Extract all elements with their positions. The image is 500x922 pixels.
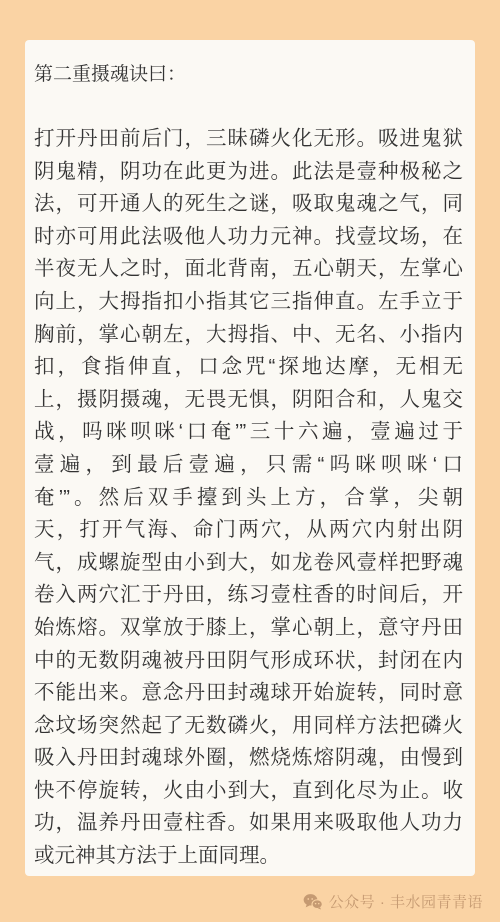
body-line: 中的无数阴魂被丹田阴气形成环状，封闭在内	[34, 645, 463, 678]
body-line: 气，成螺旋型由小到大，如龙卷风壹样把野魂	[34, 547, 463, 580]
watermark: 公众号 · 丰水园青青语	[303, 891, 483, 912]
article-title: 第二重摄魂诀曰：	[34, 60, 463, 90]
body-line: 或元神其方法于上面同理。	[34, 840, 463, 873]
body-line: 天，打开气海、命门两穴，从两穴内射出阴	[34, 514, 463, 547]
body-line: 快不停旋转，火由小到大，直到化尽为止。收	[34, 775, 463, 808]
body-line: 念坟场突然起了无数磷火，用同样方法把磷火	[34, 710, 463, 743]
body-line: 战，吗咪呗咪‘口奄’”三十六遍，壹遍过于	[34, 416, 463, 449]
body-line: 不能出来。意念丹田封魂球开始旋转，同时意	[34, 677, 463, 710]
body-line: 法，可开通人的死生之谜，吸取鬼魂之气，同	[34, 188, 463, 221]
body-line: 功，温养丹田壹柱香。如果用来吸取他人功力	[34, 807, 463, 840]
body-line: 始炼熔。双掌放于膝上，掌心朝上，意守丹田	[34, 612, 463, 645]
watermark-text: 公众号 · 丰水园青青语	[329, 891, 483, 912]
body-line: 胸前，掌心朝左，大拇指、中、无名、小指内	[34, 319, 463, 352]
body-line: 壹遍，到最后壹遍，只需“吗咪呗咪‘口	[34, 449, 463, 482]
wechat-bubbles-icon	[303, 893, 323, 910]
body-line: 扣，食指伸直，口念咒“探地达摩，无相无	[34, 351, 463, 384]
article-card: 第二重摄魂诀曰： 打开丹田前后门，三昧磷火化无形。吸进鬼狱 阴鬼精，阴功在此更为…	[25, 40, 475, 876]
body-line: 阴鬼精，阴功在此更为进。此法是壹种极秘之	[34, 156, 463, 189]
body-line: 卷入两穴汇于丹田，练习壹柱香的时间后，开	[34, 579, 463, 612]
body-line: 吸入丹田封魂球外圈，燃烧炼熔阴魂，由慢到	[34, 742, 463, 775]
page-background: { "page": { "background_color": "#FAD3A4…	[0, 0, 500, 922]
body-line: 时亦可用此法吸他人功力元神。找壹坟场，在	[34, 221, 463, 254]
body-line: 奄’”。然后双手擡到头上方，合掌，尖朝	[34, 482, 463, 515]
body-line: 上，摄阴摄魂，无畏无惧，阴阳合和，人鬼交	[34, 384, 463, 417]
article-body: 打开丹田前后门，三昧磷火化无形。吸进鬼狱 阴鬼精，阴功在此更为进。此法是壹种极秘…	[34, 123, 463, 873]
body-line: 半夜无人之时，面北背南，五心朝天，左掌心	[34, 253, 463, 286]
body-line: 打开丹田前后门，三昧磷火化无形。吸进鬼狱	[34, 123, 463, 156]
body-line: 向上，大拇指扣小指其它三指伸直。左手立于	[34, 286, 463, 319]
